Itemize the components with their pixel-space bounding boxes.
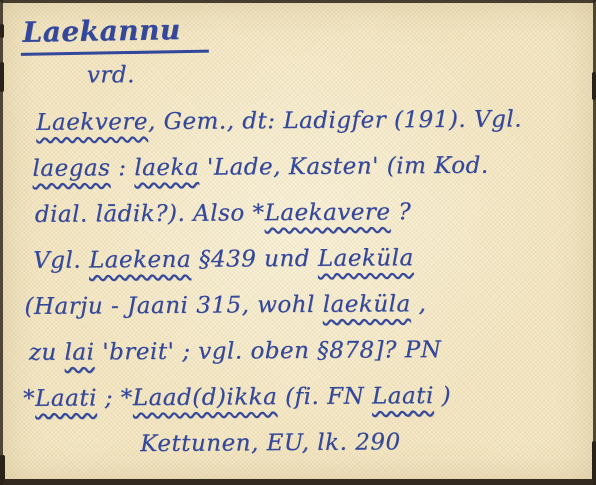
line-segment: : <box>110 155 134 181</box>
underlined-word: Laekvere <box>36 109 148 136</box>
underlined-word: laegas <box>32 155 110 182</box>
note-line: Laekvere, Gem., dt: Ladigfer (191). Vgl. <box>36 96 585 146</box>
line-segment: (Harju - Jaani 315, wohl <box>24 292 322 320</box>
compare-abbreviation: vrd. <box>87 51 585 96</box>
note-lines: Laekvere, Gem., dt: Ladigfer (191). Vgl.… <box>21 96 587 422</box>
line-segment: zu <box>29 340 65 366</box>
line-segment: 'breit' ; vgl. oben §878]? PN <box>94 337 441 365</box>
underlined-word: Laekena <box>89 247 191 274</box>
underlined-word: laeküla <box>323 291 411 318</box>
line-segment: , <box>411 291 427 317</box>
index-card: Laekannu vrd. Laekvere, Gem., dt: Ladigf… <box>0 0 596 485</box>
line-segment: §439 und <box>191 246 318 273</box>
line-segment: * <box>23 386 35 412</box>
note-line: laegas : laeka 'Lade, Kasten' (im Kod. <box>32 142 585 192</box>
note-line: dial. lādik?). Also *Laekavere ? <box>35 188 586 238</box>
title-row: Laekannu <box>20 10 584 55</box>
line-segment: 'Lade, Kasten' (im Kod. <box>199 153 489 181</box>
underlined-word: Laad(d)ikka <box>133 384 278 411</box>
underlined-word: Laati <box>372 383 434 409</box>
line-segment: Vgl. <box>33 247 89 273</box>
line-segment: (fi. FN <box>277 383 372 410</box>
line-segment: ) <box>434 383 451 409</box>
note-line: *Laati ; *Laad(d)ikka (fi. FN Laati ) <box>23 372 587 422</box>
handwritten-content: Laekannu vrd. Laekvere, Gem., dt: Ladigf… <box>0 0 596 485</box>
headword-title: Laekannu <box>20 12 209 56</box>
note-line: zu lai 'breit' ; vgl. oben §878]? PN <box>29 326 587 376</box>
underlined-word: Laekavere <box>264 199 390 226</box>
note-line: (Harju - Jaani 315, wohl laeküla , <box>24 280 586 330</box>
citation-line: Kettunen, EU, lk. 290 <box>23 419 587 467</box>
line-segment: ; * <box>97 385 133 411</box>
line-segment: ? <box>390 199 411 225</box>
underlined-word: laeka <box>134 155 199 181</box>
underlined-word: lai <box>64 339 94 365</box>
note-line: Vgl. Laekena §439 und Laeküla <box>33 234 586 284</box>
line-segment: , Gem., dt: Ladigfer (191). Vgl. <box>148 106 522 135</box>
underlined-word: Laati <box>35 385 97 411</box>
underlined-word: Laeküla <box>318 245 414 272</box>
line-segment: dial. lādik?). Also * <box>35 200 265 228</box>
